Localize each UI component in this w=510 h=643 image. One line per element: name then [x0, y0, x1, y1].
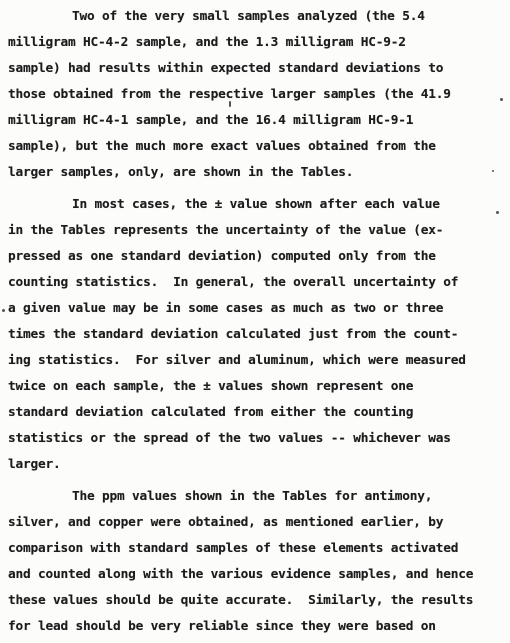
text-line: larger.: [8, 452, 508, 478]
text-line: comparison with standard samples of thes…: [8, 536, 508, 562]
text-line: twice on each sample, the ± values shown…: [8, 374, 508, 400]
text-line: these values should be quite accurate. S…: [8, 588, 508, 614]
document-body: Two of the very small samples analyzed (…: [8, 4, 508, 643]
text-line: times the standard deviation calculated …: [8, 322, 508, 348]
text-line: in the Tables represents the uncertainty…: [8, 218, 508, 244]
text-line: and counted along with the various evide…: [8, 562, 508, 588]
scan-speck: [229, 101, 231, 107]
text-line: sample), but the much more exact values …: [8, 134, 508, 160]
text-line: In most cases, the ± value shown after e…: [8, 192, 508, 218]
text-line: milligram HC-4-1 sample, and the 16.4 mi…: [8, 108, 508, 134]
text-line: ing statistics. For silver and aluminum,…: [8, 348, 508, 374]
scan-speck: [492, 170, 494, 172]
document-page: Two of the very small samples analyzed (…: [0, 0, 510, 643]
text-line: statistics or the spread of the two valu…: [8, 426, 508, 452]
text-line: sample) had results within expected stan…: [8, 56, 508, 82]
scan-speck: [496, 211, 499, 214]
paragraph-2: In most cases, the ± value shown after e…: [8, 192, 508, 478]
paragraph-1: Two of the very small samples analyzed (…: [8, 4, 508, 186]
text-line: larger samples, only, are shown in the T…: [8, 160, 508, 186]
scan-speck: [2, 309, 5, 312]
text-line: silver, and copper were obtained, as men…: [8, 510, 508, 536]
text-line: counting statistics. In general, the ove…: [8, 270, 508, 296]
text-line: standard deviation calculated from eithe…: [8, 400, 508, 426]
text-line: pressed as one standard deviation) compu…: [8, 244, 508, 270]
paragraph-3: The ppm values shown in the Tables for a…: [8, 484, 508, 640]
text-line: those obtained from the respective large…: [8, 82, 508, 108]
text-line: for lead should be very reliable since t…: [8, 614, 508, 640]
scan-speck: [500, 98, 503, 101]
text-line: a given value may be in some cases as mu…: [8, 296, 508, 322]
text-line: The ppm values shown in the Tables for a…: [8, 484, 508, 510]
text-line: milligram HC-4-2 sample, and the 1.3 mil…: [8, 30, 508, 56]
text-line: Two of the very small samples analyzed (…: [8, 4, 508, 30]
